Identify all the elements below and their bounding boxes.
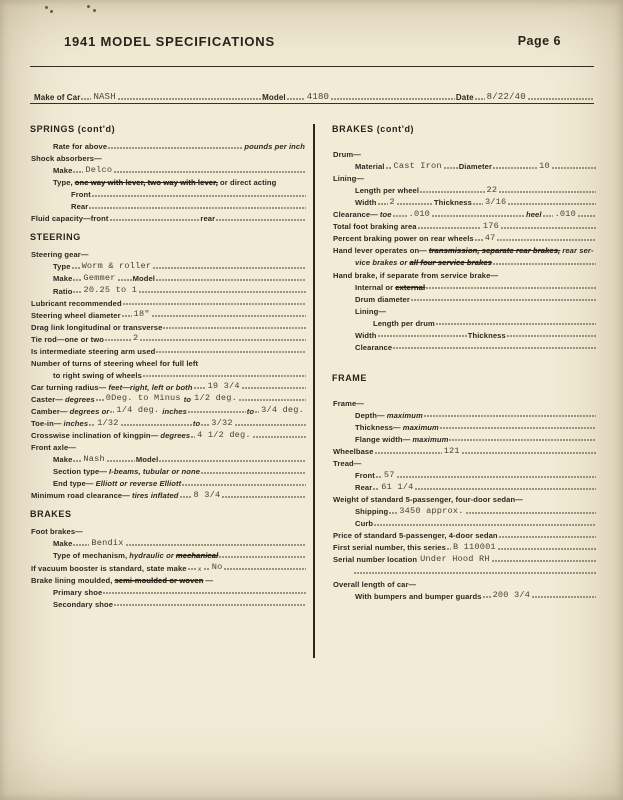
dot-leader — [140, 334, 306, 344]
section-steering: STEERINGSteering gear—TypeWorm & rollerM… — [30, 232, 306, 500]
typed-entry: 61 1/4 — [381, 483, 413, 492]
dot-leader — [552, 161, 596, 171]
dot-leader — [287, 92, 305, 102]
typed-entry: 200 3/4 — [493, 591, 531, 600]
form-label: Flange width— — [355, 435, 410, 444]
dot-leader — [110, 406, 114, 416]
form-label: Model — [136, 455, 158, 464]
section-springs-cont-d: SPRINGS (cont'd)Rate for abovepounds per… — [30, 124, 306, 223]
typed-entry: 8 3/4 — [194, 491, 221, 500]
form-label-italic: pounds per inch — [244, 142, 305, 151]
form-label: Tie rod—one or two — [31, 335, 104, 344]
form-label: Diameter — [459, 162, 492, 171]
form-label-italic: hydraulic or — [129, 551, 174, 560]
form-label: Percent braking power on rear wheels — [333, 234, 474, 243]
typed-entry: 121 — [444, 447, 460, 456]
form-label: Serial number location — [333, 555, 417, 564]
form-line: Crosswise inclination of kingpin—degrees… — [30, 428, 306, 440]
form-line: MakeNashModel — [30, 452, 306, 464]
form-line: Length per wheel22 — [332, 183, 596, 195]
form-line: Front57 — [332, 468, 596, 480]
typed-entry: 3/4 deg. — [261, 406, 304, 415]
form-label: Model — [133, 274, 155, 283]
form-line: Wheelbase121 — [332, 444, 596, 456]
dot-leader — [501, 221, 596, 231]
section-brakes-cont-d: BRAKES (cont'd)Drum—MaterialCast IronDia… — [332, 124, 596, 352]
typed-entry: .010 — [555, 210, 576, 219]
form-label: Rear — [71, 202, 88, 211]
dot-leader — [411, 294, 596, 304]
struck-text: one way with lever, two way with lever, — [75, 178, 218, 187]
form-line: Front axle— — [30, 440, 306, 452]
typed-entry: 176 — [483, 222, 499, 231]
form-line: Is intermediate steering arm used — [30, 344, 306, 356]
form-line: Serial number locationUnder Hood RH — [332, 552, 596, 564]
typed-entry: 1/4 deg. — [116, 406, 159, 415]
form-label: Wheelbase — [333, 447, 374, 456]
form-label: Number of turns of steering wheel for fu… — [31, 359, 198, 368]
form-line: Drum— — [332, 147, 596, 159]
dot-leader — [492, 554, 596, 564]
form-label: Overall length of car— — [333, 580, 416, 589]
form-line: Rate for abovepounds per inch — [30, 139, 306, 151]
typed-entry: 1/32 — [97, 419, 118, 428]
dot-leader — [204, 563, 210, 573]
form-label: Front axle— — [31, 443, 76, 452]
form-label: Frame— — [333, 399, 364, 408]
typed-entry: Cast Iron — [394, 162, 442, 171]
dot-leader — [420, 185, 485, 195]
typed-entry: 4180 — [307, 93, 329, 102]
dot-leader — [122, 310, 132, 320]
form-label: Section type— — [53, 467, 107, 476]
form-label: First serial number, this series — [333, 543, 446, 552]
dot-leader — [73, 273, 81, 283]
typed-entry: 2 — [133, 334, 138, 343]
dot-leader — [118, 92, 261, 102]
dot-leader — [123, 298, 306, 308]
typed-entry: 19 3/4 — [208, 382, 240, 391]
form-label: rear — [200, 214, 215, 223]
form-label: If vacuum booster is standard, state mak… — [31, 564, 187, 573]
dot-leader — [532, 591, 596, 601]
staple-hole — [93, 9, 96, 12]
form-label: Lubricant recommended — [31, 299, 122, 308]
form-line: Steering gear— — [30, 247, 306, 259]
form-label-italic: inches — [162, 407, 187, 416]
form-line: Rear — [30, 199, 306, 211]
form-label: With bumpers and bumper guards — [355, 592, 482, 601]
form-line: Fluid capacity—frontrear — [30, 211, 306, 223]
typed-entry: 3450 approx. — [399, 507, 463, 516]
dot-leader — [373, 482, 379, 492]
form-line: Length per drum — [332, 316, 596, 328]
typed-entry: Under Hood RH — [420, 555, 490, 564]
form-label: Make — [53, 539, 72, 548]
meta-line: Make of CarNASHModel4180Date8/22/40 — [33, 80, 593, 102]
dot-leader — [73, 454, 81, 464]
form-label-italic: inches — [64, 419, 89, 428]
form-label-italic: toe — [380, 210, 392, 219]
dot-leader — [163, 322, 306, 332]
form-label: Clearance— — [333, 210, 378, 219]
form-label: Make of Car — [34, 93, 80, 102]
dot-leader — [239, 394, 306, 404]
dot-leader — [121, 418, 192, 428]
dot-leader — [201, 418, 209, 428]
form-label: Camber— — [31, 407, 68, 416]
form-label-italic: vice brakes or — [355, 258, 407, 267]
typed-entry: 57 — [384, 471, 395, 480]
struck-text-italic: transmission, separate rear brakes, — [429, 246, 560, 255]
dot-leader — [201, 466, 306, 476]
dot-leader — [466, 506, 596, 516]
dot-leader — [92, 189, 306, 199]
form-line: Total foot braking area176 — [332, 219, 596, 231]
form-line: Width2Thickness3/16 — [332, 195, 596, 207]
form-line: Section type—I-beams, tubular or none — [30, 464, 306, 476]
form-label-italic: degrees or — [70, 407, 110, 416]
form-line: Front — [30, 187, 306, 199]
dot-leader — [73, 286, 81, 296]
struck-text: semi-moulded or woven — [114, 576, 203, 585]
form-label: Steering wheel diameter — [31, 311, 121, 320]
form-line: Make of CarNASHModel4180Date8/22/40 — [33, 80, 593, 102]
dot-leader — [89, 201, 306, 211]
dot-leader — [73, 165, 83, 175]
form-label-italic: feet—right, left or both — [108, 383, 192, 392]
typed-entry: No — [212, 563, 223, 572]
form-label: Make — [53, 166, 72, 175]
dot-leader — [497, 233, 596, 243]
typed-entry: Worm & roller — [82, 262, 152, 271]
form-line: Tread— — [332, 456, 596, 468]
form-label: Minimum road clearance— — [31, 491, 130, 500]
typed-entry: 3/32 — [211, 419, 232, 428]
form-line: Caster—degrees0Deg. to Minusto1/2 deg. — [30, 392, 306, 404]
dot-leader — [159, 454, 306, 464]
typed-entry: NASH — [93, 93, 115, 102]
form-line: Ratio20.25 to 1 — [30, 283, 306, 295]
form-line: Rear61 1/4 — [332, 480, 596, 492]
form-line: TypeWorm & roller — [30, 259, 306, 271]
dot-leader — [447, 542, 451, 552]
section-frame: FRAMEFrame—Depth—maximumThickness—maximu… — [332, 373, 596, 601]
form-line: Curb — [332, 516, 596, 528]
form-label: Width — [355, 198, 377, 207]
form-label: Hand brake, if separate from service bra… — [333, 271, 498, 280]
form-label: Price of standard 5-passenger, 4-door se… — [333, 531, 498, 540]
dot-leader — [462, 446, 596, 456]
left-column: SPRINGS (cont'd)Rate for abovepounds per… — [30, 122, 306, 609]
dot-leader — [432, 209, 525, 219]
form-line: Type,one way with lever, two way with le… — [30, 175, 306, 187]
form-label-italic: degrees — [160, 431, 190, 440]
form-label: Drum diameter — [355, 295, 410, 304]
dot-leader — [194, 382, 206, 392]
dot-leader — [114, 599, 306, 609]
dot-leader — [393, 342, 596, 352]
scanned-page: 1941 MODEL SPECIFICATIONS Page 6 Make of… — [0, 0, 623, 800]
form-label: Model — [262, 93, 286, 102]
form-line: Percent braking power on rear wheels47 — [332, 231, 596, 243]
form-line: Toe-in—inches1/32to3/32 — [30, 416, 306, 428]
form-label-italic: maximum — [403, 423, 439, 432]
typed-entry: .010 — [409, 210, 430, 219]
dot-leader — [96, 394, 104, 404]
form-label: Drag link longitudinal or transverse — [31, 323, 162, 332]
form-label-italic: I-beams, tubular or none — [109, 467, 200, 476]
typed-entry: 3/16 — [485, 198, 506, 207]
dot-leader — [103, 587, 306, 597]
dot-leader — [449, 434, 596, 444]
form-line: WidthThickness — [332, 328, 596, 340]
form-label: — — [205, 576, 213, 585]
form-label: Thickness— — [355, 423, 401, 432]
form-label-italic: to — [193, 419, 200, 428]
dot-leader — [375, 446, 442, 456]
dot-leader — [242, 382, 306, 392]
horizontal-rule — [30, 66, 594, 67]
dot-leader — [114, 165, 306, 175]
dot-leader — [73, 538, 89, 548]
form-label: Curb — [355, 519, 373, 528]
dot-leader — [397, 470, 596, 480]
form-label-italic: heel — [526, 210, 542, 219]
form-label-italic: to — [184, 395, 191, 404]
dot-leader — [578, 209, 596, 219]
dot-leader — [180, 490, 192, 500]
dot-leader — [152, 310, 306, 320]
typed-entry: 4 1/2 deg. — [197, 431, 251, 440]
form-label: Length per wheel — [355, 186, 419, 195]
form-label: Rate for above — [53, 142, 107, 151]
page-number: Page 6 — [518, 34, 561, 48]
horizontal-rule — [30, 103, 594, 104]
dot-leader — [393, 209, 407, 219]
dot-leader — [499, 530, 596, 540]
dot-leader — [440, 422, 596, 432]
dot-leader — [354, 567, 596, 577]
typed-entry: 0Deg. to Minus — [106, 394, 181, 403]
form-line: With bumpers and bumper guards200 3/4 — [332, 589, 596, 601]
form-line: Shipping3450 approx. — [332, 504, 596, 516]
dot-leader — [81, 92, 91, 102]
struck-text: external — [395, 283, 425, 292]
form-label: Crosswise inclination of kingpin— — [31, 431, 158, 440]
dot-leader — [444, 161, 458, 171]
dot-leader — [499, 185, 596, 195]
section-heading: SPRINGS (cont'd) — [30, 124, 306, 134]
form-label: Thickness — [434, 198, 472, 207]
form-label: Lining— — [355, 307, 386, 316]
dot-leader — [72, 261, 80, 271]
form-label: Toe-in— — [31, 419, 62, 428]
form-line: MakeBendix — [30, 536, 306, 548]
form-label: Shipping — [355, 507, 388, 516]
staple-hole — [87, 5, 90, 8]
dot-leader — [235, 418, 306, 428]
form-line: Secondary shoe — [30, 597, 306, 609]
staple-hole — [45, 6, 48, 9]
form-line: Hand lever operates on—transmission, sep… — [332, 243, 596, 255]
dot-leader — [508, 197, 596, 207]
dot-leader — [386, 161, 392, 171]
typed-entry: 10 — [539, 162, 550, 171]
dot-leader — [483, 591, 491, 601]
dot-leader — [143, 370, 306, 380]
dot-leader — [397, 197, 433, 207]
form-line: Internal orexternal — [332, 280, 596, 292]
form-label: Steering gear— — [31, 250, 89, 259]
dot-leader — [156, 346, 306, 356]
form-line: Overall length of car— — [332, 577, 596, 589]
form-label: Depth— — [355, 411, 385, 420]
page-title: 1941 MODEL SPECIFICATIONS — [64, 34, 275, 49]
form-label: End type— — [53, 479, 94, 488]
dot-leader — [153, 261, 306, 271]
dot-leader — [378, 197, 388, 207]
dot-leader — [139, 286, 306, 296]
form-line: Hand brake, if separate from service bra… — [332, 267, 596, 279]
form-label: Total foot braking area — [333, 222, 417, 231]
typed-entry: Bendix — [91, 539, 123, 548]
form-line: Frame— — [332, 396, 596, 408]
form-line: MakeGemmerModel — [30, 271, 306, 283]
form-label: Tread— — [333, 459, 361, 468]
form-label: Ratio — [53, 287, 72, 296]
form-label: to right swing of wheels — [53, 371, 142, 380]
section-brakes: BRAKESFoot brakes—MakeBendixType of mech… — [30, 509, 306, 608]
form-line: Flange width—maximum — [332, 432, 596, 444]
dot-leader — [331, 92, 455, 102]
typed-entry: 22 — [487, 186, 498, 195]
dot-leader — [424, 410, 596, 420]
typed-entry: 18" — [134, 310, 150, 319]
dot-leader — [426, 282, 596, 292]
form-label: Fluid capacity—front — [31, 214, 109, 223]
dot-leader — [188, 563, 196, 573]
typed-entry: 47 — [485, 234, 496, 243]
form-label-italic: rear ser- — [562, 246, 593, 255]
form-label: Secondary shoe — [53, 600, 113, 609]
dot-leader — [475, 233, 483, 243]
dot-leader — [378, 330, 467, 340]
form-label: Type, — [53, 178, 73, 187]
form-line: Shock absorbers— — [30, 151, 306, 163]
form-line: to right swing of wheels — [30, 368, 306, 380]
form-line: Depth—maximum — [332, 408, 596, 420]
dot-leader — [188, 406, 246, 416]
dot-leader — [105, 334, 131, 344]
form-label: Foot brakes— — [31, 527, 83, 536]
typed-entry: 20.25 to 1 — [83, 286, 137, 295]
form-label-italic: to — [247, 407, 254, 416]
dot-leader — [415, 482, 596, 492]
dot-leader — [216, 213, 306, 223]
dot-leader — [493, 257, 596, 267]
dot-leader — [436, 318, 596, 328]
form-line: Brake lining moulded,semi-moulded or wov… — [30, 573, 306, 585]
form-label: Material — [355, 162, 385, 171]
form-line: End type—Elliott or reverse Elliott — [30, 476, 306, 488]
form-label: Weight of standard 5-passenger, four-doo… — [333, 495, 523, 504]
form-label: Length per drum — [373, 319, 435, 328]
form-line: Type of mechanism,hydraulic ormechanical — [30, 548, 306, 560]
form-line: Thickness—maximum — [332, 420, 596, 432]
dot-leader — [110, 213, 200, 223]
form-line: Lubricant recommended — [30, 296, 306, 308]
form-line: Drum diameter — [332, 292, 596, 304]
dot-leader — [156, 273, 306, 283]
form-line: Camber—degrees or1/4 deg.inchesto3/4 deg… — [30, 404, 306, 416]
form-label: Make — [53, 274, 72, 283]
form-label: Clearance — [355, 343, 392, 352]
form-label: Make — [53, 455, 72, 464]
form-line — [332, 564, 596, 576]
dot-leader — [473, 197, 483, 207]
typed-entry: Delco — [85, 166, 112, 175]
dot-leader — [107, 454, 135, 464]
dot-leader — [219, 550, 306, 560]
dot-leader — [224, 563, 306, 573]
form-label-italic: maximum — [412, 435, 448, 444]
form-label: Is intermediate steering arm used — [31, 347, 155, 356]
dot-leader — [108, 141, 243, 151]
form-label: Front — [71, 190, 91, 199]
form-line: Drag link longitudinal or transverse — [30, 320, 306, 332]
section-heading: STEERING — [30, 232, 306, 242]
form-label: Internal or — [355, 283, 393, 292]
typed-entry: 8/22/40 — [487, 93, 526, 102]
staple-hole — [50, 10, 53, 13]
form-label: or direct acting — [220, 178, 276, 187]
section-heading: BRAKES — [30, 509, 306, 519]
form-line: Number of turns of steering wheel for fu… — [30, 356, 306, 368]
form-label: Rear — [355, 483, 372, 492]
dot-leader — [89, 418, 95, 428]
form-label: Type of mechanism, — [53, 551, 127, 560]
form-line: MaterialCast IronDiameter10 — [332, 159, 596, 171]
typed-entry: 2 — [390, 198, 395, 207]
form-line: MakeDelco — [30, 163, 306, 175]
form-line: Lining— — [332, 304, 596, 316]
form-line: First serial number, this seriesB 110001 — [332, 540, 596, 552]
section-heading: BRAKES (cont'd) — [332, 124, 596, 134]
form-line: Car turning radius—feet—right, left or b… — [30, 380, 306, 392]
form-label: Date — [456, 93, 474, 102]
form-label: Hand lever operates on— — [333, 246, 427, 255]
dot-leader — [374, 518, 596, 528]
dot-leader — [528, 92, 593, 102]
form-line: Tie rod—one or two2 — [30, 332, 306, 344]
form-line: Minimum road clearance—tires inflated8 3… — [30, 488, 306, 500]
form-label: Drum— — [333, 150, 361, 159]
dot-leader — [118, 273, 132, 283]
column-divider — [313, 124, 315, 658]
right-column: BRAKES (cont'd)Drum—MaterialCast IronDia… — [332, 122, 596, 601]
typed-entry: Nash — [83, 455, 104, 464]
form-label: Primary shoe — [53, 588, 102, 597]
dot-leader — [222, 490, 306, 500]
dot-leader — [191, 430, 195, 440]
form-line: Clearance — [332, 340, 596, 352]
form-label: Type — [53, 262, 71, 271]
section-heading: FRAME — [332, 373, 596, 383]
struck-text-italic: mechanical — [176, 551, 218, 560]
form-line: vice brakes orall four service brakes — [332, 255, 596, 267]
dot-leader — [507, 330, 596, 340]
